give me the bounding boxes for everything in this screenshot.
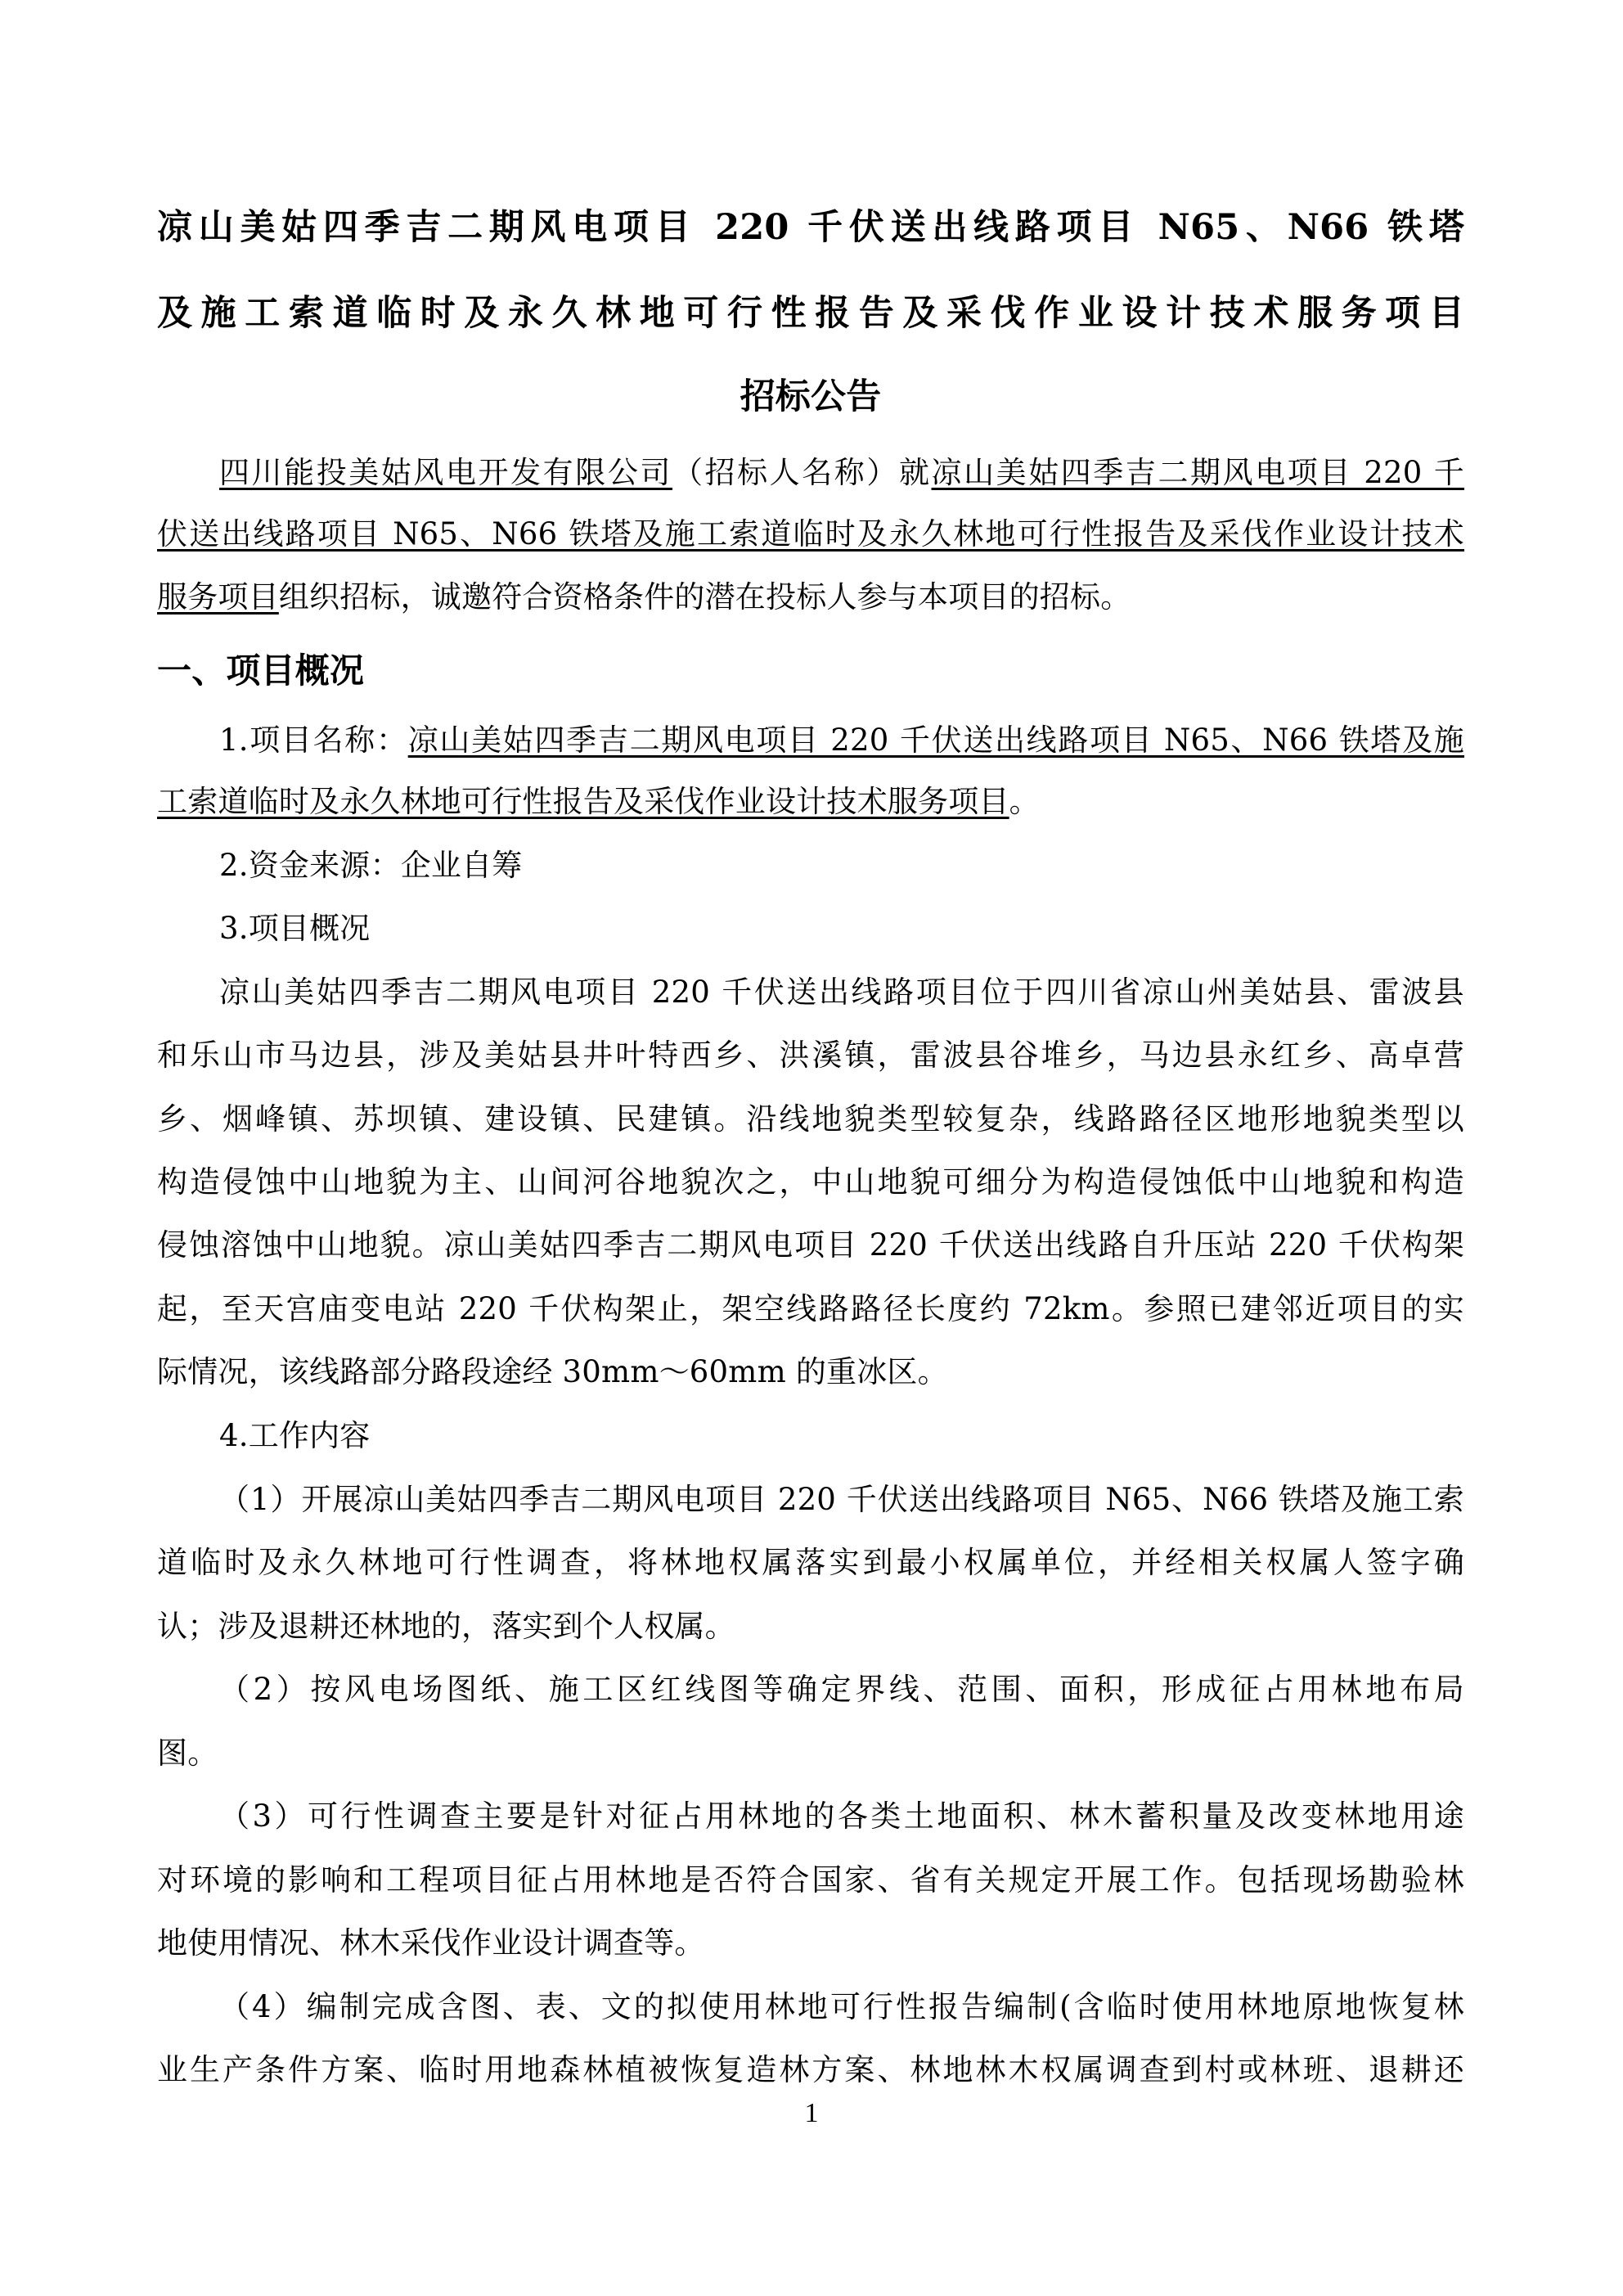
tenderer-note: （招标人名称）就 xyxy=(672,455,932,490)
work-item-3-line-1: （3）可行性调查主要是针对征占用林地的各类土地面积、林木蓄积量及改变林地用途 xyxy=(219,1798,1464,1835)
overview-line-7: 际情况，该线路部分路段途经 30mm～60mm 的重冰区。 xyxy=(157,1353,1464,1391)
overview-line-1: 凉山美姑四季吉二期风电项目 220 千伏送出线路项目位于四川省凉山州美姑县、雷波… xyxy=(219,974,1464,1011)
work-item-1-line-3: 认；涉及退耕还林地的，落实到个人权属。 xyxy=(157,1608,1464,1645)
section-heading-project-overview: 一、项目概况 xyxy=(157,649,1464,693)
item-project-name-line-1: 1.项目名称：凉山美姑四季吉二期风电项目 220 千伏送出线路项目 N65、N6… xyxy=(219,722,1464,759)
item-funding-source: 2.资金来源：企业自筹 xyxy=(219,847,1464,885)
document-title-line-1: 凉山美姑四季吉二期风电项目 220 千伏送出线路项目 N65、N66 铁塔 xyxy=(157,205,1464,250)
intro-line-3: 服务项目组织招标，诚邀符合资格条件的潜在投标人参与本项目的招标。 xyxy=(157,579,1464,616)
overview-line-2: 和乐山市马边县，涉及美姑县井叶特西乡、洪溪镇，雷波县谷堆乡，马边县永红乡、高卓营 xyxy=(157,1037,1464,1074)
intro-line-1: 四川能投美姑风电开发有限公司（招标人名称）就凉山美姑四季吉二期风电项目 220 … xyxy=(219,454,1464,492)
document-title-line-2: 及施工索道临时及永久林地可行性报告及采伐作业设计技术服务项目 xyxy=(157,290,1464,336)
item-project-name-value-1: 凉山美姑四季吉二期风电项目 220 千伏送出线路项目 N65、N66 铁塔及施 xyxy=(408,723,1464,758)
work-item-1-line-2: 道临时及永久林地可行性调查，将林地权属落实到最小权属单位，并经相关权属人签字确 xyxy=(157,1544,1464,1582)
work-item-1-line-1: （1）开展凉山美姑四季吉二期风电项目 220 千伏送出线路项目 N65、N66 … xyxy=(219,1481,1464,1519)
overview-line-6: 起，至天宫庙变电站 220 千伏构架止，架空线路路径长度约 72km。参照已建邻… xyxy=(157,1290,1464,1328)
overview-line-4: 构造侵蚀中山地貌为主、山间河谷地貌次之，中山地貌可细分为构造侵蚀低中山地貌和构造 xyxy=(157,1164,1464,1201)
item-work-content-label: 4.工作内容 xyxy=(219,1417,1464,1455)
project-name-part-3: 服务项目 xyxy=(157,579,279,615)
intro-rest: 组织招标，诚邀符合资格条件的潜在投标人参与本项目的招标。 xyxy=(279,579,1131,615)
document-page: 凉山美姑四季吉二期风电项目 220 千伏送出线路项目 N65、N66 铁塔 及施… xyxy=(0,0,1623,2296)
item-project-name-value-2: 工索道临时及永久林地可行性报告及采伐作业设计技术服务项目 xyxy=(157,784,1009,819)
period: 。 xyxy=(1009,784,1040,819)
item-overview-label: 3.项目概况 xyxy=(219,910,1464,948)
intro-line-2: 伏送出线路项目 N65、N66 铁塔及施工索道临时及永久林地可行性报告及采伐作业… xyxy=(157,515,1464,553)
work-item-4-line-1: （4）编制完成含图、表、文的拟使用林地可行性报告编制(含临时使用林地原地恢复林 xyxy=(219,1988,1464,2026)
work-item-3-line-2: 对环境的影响和工程项目征占用林地是否符合国家、省有关规定开展工作。包括现场勘验林 xyxy=(157,1862,1464,1899)
overview-line-5: 侵蚀溶蚀中山地貌。凉山美姑四季吉二期风电项目 220 千伏送出线路自升压站 22… xyxy=(157,1227,1464,1264)
work-item-2-line-2: 图。 xyxy=(157,1735,1464,1772)
work-item-3-line-3: 地使用情况、林木采伐作业设计调查等。 xyxy=(157,1925,1464,1962)
page-number: 1 xyxy=(0,2098,1623,2129)
work-item-2-line-1: （2）按风电场图纸、施工区红线图等确定界线、范围、面积，形成征占用林地布局 xyxy=(219,1671,1464,1708)
item-project-name-label: 1.项目名称： xyxy=(219,723,408,758)
item-project-name-line-2: 工索道临时及永久林地可行性报告及采伐作业设计技术服务项目。 xyxy=(157,783,1464,821)
project-name-part-1: 凉山美姑四季吉二期风电项目 220 千 xyxy=(932,455,1464,490)
work-item-4-line-2: 业生产条件方案、临时用地森林植被恢复造林方案、林地林木权属调查到村或林班、退耕还 xyxy=(157,2051,1464,2089)
document-title-line-3: 招标公告 xyxy=(157,374,1464,420)
tenderer-name: 四川能投美姑风电开发有限公司 xyxy=(219,455,672,490)
overview-line-3: 乡、烟峰镇、苏坝镇、建设镇、民建镇。沿线地貌类型较复杂，线路路径区地形地貌类型以 xyxy=(157,1101,1464,1138)
